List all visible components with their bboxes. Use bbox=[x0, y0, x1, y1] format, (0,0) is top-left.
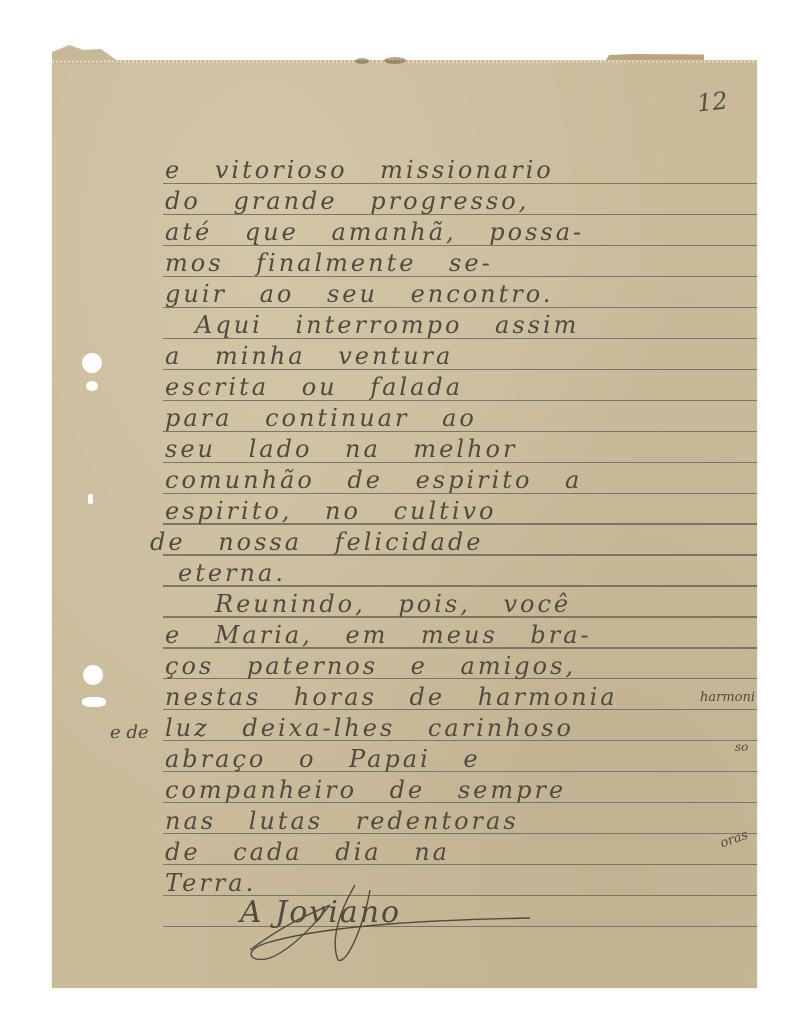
stain bbox=[384, 57, 406, 64]
text-line: de cada dia na bbox=[165, 837, 757, 867]
text-line: ços paternos e amigos, bbox=[165, 651, 757, 681]
binder-hole-torn bbox=[82, 697, 106, 707]
text-line: mos finalmente se- bbox=[165, 248, 757, 278]
text-line: a minha ventura bbox=[165, 341, 757, 371]
margin-note: so bbox=[735, 740, 748, 754]
page-number: 12 bbox=[696, 86, 729, 117]
text-line: e vitorioso missionario bbox=[165, 155, 757, 185]
binder-hole-torn bbox=[86, 381, 98, 391]
binder-hole-small bbox=[88, 494, 93, 504]
text-line: nas lutas redentoras bbox=[165, 806, 757, 836]
text-line: até que amanhã, possa- bbox=[165, 217, 757, 247]
stain bbox=[355, 58, 369, 64]
text-line: Aqui interrompo assim bbox=[165, 310, 787, 340]
text-line: e Maria, em meus bra- bbox=[165, 620, 757, 650]
text-line: para continuar ao bbox=[165, 403, 757, 433]
text-line: escrita ou falada bbox=[165, 372, 757, 402]
text-line: abraço o Papai e bbox=[165, 744, 757, 774]
text-line: nestas horas de harmonia bbox=[165, 682, 757, 712]
text-line: espirito, no cultivo bbox=[165, 496, 757, 526]
signature: A Joviano bbox=[240, 895, 401, 930]
text-line: luz deixa-lhes carinhoso bbox=[165, 713, 757, 743]
text-line: do grande progresso, bbox=[165, 186, 757, 216]
text-line: companheiro de sempre bbox=[165, 775, 757, 805]
margin-note: e de bbox=[110, 722, 149, 743]
text-line: guir ao seu encontro. bbox=[165, 279, 757, 309]
text-line: eterna. bbox=[178, 558, 770, 588]
text-line: comunhão de espirito a bbox=[165, 465, 757, 495]
text-line: Reunindo, pois, você bbox=[165, 589, 807, 619]
margin-note: harmoni bbox=[700, 690, 755, 705]
text-line: seu lado na melhor bbox=[165, 434, 757, 464]
binder-hole bbox=[82, 353, 102, 373]
text-line: de nossa felicidade bbox=[150, 527, 742, 557]
binder-hole bbox=[83, 665, 103, 685]
